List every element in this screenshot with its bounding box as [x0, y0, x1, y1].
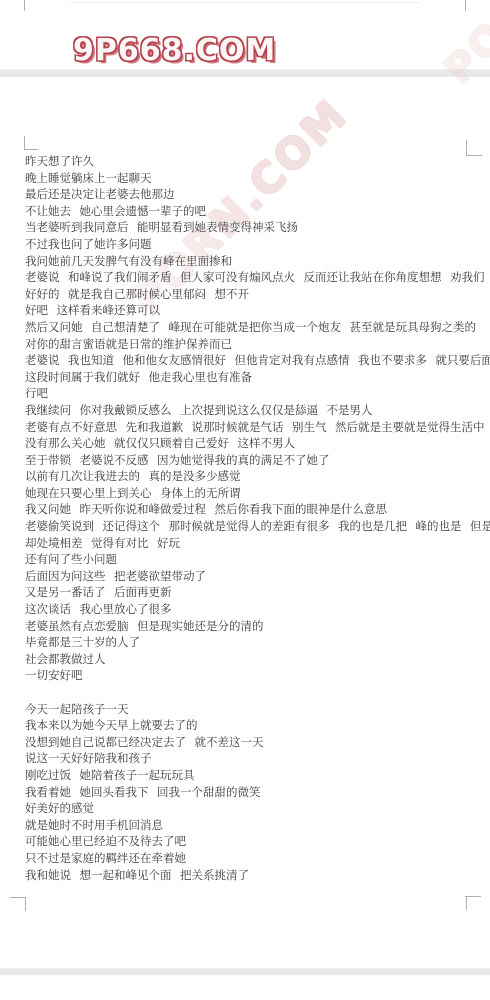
- document-line: 我问她前几天发脾气有没有峰在里面掺和: [25, 253, 466, 270]
- document-line: 只不过是家庭的羁绊还在牵着她: [25, 850, 466, 867]
- diagonal-watermark-fragment: PORN.COM: [436, 0, 490, 93]
- document-line: 然后又问她 自己想清楚了 峰现在可能就是把你当成一个炮友 甚至就是玩具母狗之类的: [25, 319, 466, 336]
- page-separator: [0, 968, 490, 975]
- document-line: 我又问她 昨天听你说和峰做爱过程 然后你看我下面的眼神是什么意思: [25, 501, 466, 518]
- document-line: 她现在只要心里上到关心 身体上的无所谓: [25, 485, 466, 502]
- crop-mark: [24, 136, 25, 150]
- document-line: 不让她去 她心里会遗憾一辈子的吧: [25, 203, 466, 220]
- document-line: 后面因为问这些 把老婆欲望带动了: [25, 568, 466, 585]
- document-line: 这次谈话 我心里放心了很多: [25, 601, 466, 618]
- document-line: 没想到她自己说都已经决定去了 就不差这一天: [25, 734, 466, 751]
- document-body: 昨天想了许久晚上睡觉躺床上一起聊天最后还是决定让老婆去他那边不让她去 她心里会遗…: [25, 153, 466, 883]
- document-line: 老婆有点不好意思 先和我道歉 说那时候就是气话 别生气 然后就是主要就是觉得生活…: [25, 419, 466, 436]
- document-line: 老婆偷笑说到 还记得这个 那时候就是觉得人的差距有很多 我的也是几把 峰的也是 …: [25, 518, 466, 535]
- document-line: 却处境相差 觉得有对比 好玩: [25, 535, 466, 552]
- document-line: 说这一天好好陪我和孩子: [25, 750, 466, 767]
- document-line: 我继续问 你对我戴锁反感么 上次提到说这么仅仅是舔逼 不是男人: [25, 402, 466, 419]
- document-line: 我看着她 她回头看我下 回我一个甜甜的微笑: [25, 784, 466, 801]
- document-line: 今天一起陪孩子一天: [25, 701, 466, 718]
- document-line: 老婆说 和峰说了我们闹矛盾 但人家可没有煽风点火 反而还让我站在你角度想想 劝我…: [25, 269, 466, 286]
- crop-mark: [466, 155, 482, 156]
- document-line: 我本来以为她今天早上就要去了的: [25, 717, 466, 734]
- document-line: 最后还是决定让老婆去他那边: [25, 186, 466, 203]
- document-line: 一切安好吧: [25, 667, 466, 684]
- page-boundary-line: [70, 2, 420, 3]
- document-line: 我和她说 想一起和峰见个面 把关系挑清了: [25, 867, 466, 884]
- crop-mark: [466, 140, 467, 156]
- document-line: 刚吃过饭 她陪着孩子一起玩玩具: [25, 767, 466, 784]
- document-line: 就是她时不时用手机回消息: [25, 817, 466, 834]
- document-line: 毕竟都是三十岁的人了: [25, 634, 466, 651]
- crop-mark: [465, 896, 481, 897]
- document-line: 行吧: [25, 385, 466, 402]
- document-line: 老婆说 我也知道 他和他女友感情很好 但他肯定对我有点感情 我也不要求多 就只要…: [25, 352, 466, 369]
- document-line: 还有问了些小问题: [25, 551, 466, 568]
- site-logo: 9P668.COM: [73, 33, 243, 68]
- document-line: [25, 684, 466, 701]
- document-line: 没有那么关心她 就仅仅只顾着自己爱好 这样不男人: [25, 435, 466, 452]
- crop-mark: [465, 0, 466, 11]
- document-line: 晚上睡觉躺床上一起聊天: [25, 170, 466, 187]
- document-line: 好吧 这样看来峰还算可以: [25, 302, 466, 319]
- crop-mark: [25, 897, 26, 911]
- document-line: 好好的 就是我自己那时候心里郁闷 想不开: [25, 286, 466, 303]
- document-line: 对你的甜言蜜语就是日常的维护保养而已: [25, 336, 466, 353]
- document-page: 9P668.COM PORN.COM PORN.COM 昨天想了许久晚上睡觉躺床…: [0, 0, 490, 1000]
- document-line: 可能她心里已经迫不及待去了吧: [25, 833, 466, 850]
- document-line: 社会都教做过人: [25, 651, 466, 668]
- document-line: 昨天想了许久: [25, 153, 466, 170]
- crop-mark: [10, 897, 26, 898]
- document-line: 这段时间属于我们就好 他走我心里也有准备: [25, 369, 466, 386]
- document-line: 又是另一番话了 后面再更新: [25, 584, 466, 601]
- document-line: 当老婆听到我同意后 能明显看到她表情变得神采飞扬: [25, 219, 466, 236]
- crop-mark: [24, 0, 25, 11]
- document-line: 以前有几次让我进去的 真的是没多少感觉: [25, 468, 466, 485]
- page-separator: [0, 69, 490, 77]
- crop-mark: [24, 149, 38, 150]
- document-line: 老婆虽然有点恋爱脑 但是现实她还是分的清的: [25, 618, 466, 635]
- crop-mark: [466, 896, 467, 910]
- document-line: 不过我也问了她许多问题: [25, 236, 466, 253]
- document-line: 好美好的感觉: [25, 800, 466, 817]
- document-line: 至于带锁 老婆说不反感 因为她觉得我的真的满足不了她了: [25, 452, 466, 469]
